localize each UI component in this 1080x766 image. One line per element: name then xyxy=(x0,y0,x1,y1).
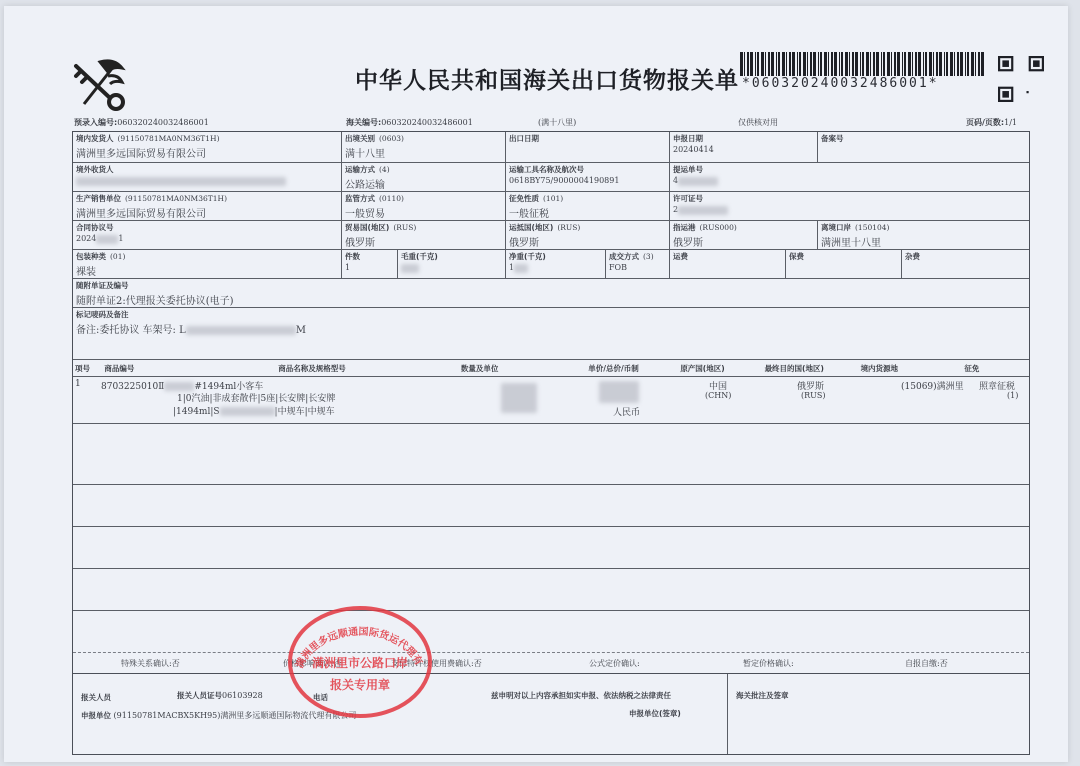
verify-note: 仅供核对用 xyxy=(738,117,778,128)
spec-line-3: |1494ml|S|中规车|中规车 xyxy=(173,404,335,417)
goods-column-header: 商品编号 xyxy=(102,363,163,374)
origin-code: (CHN) xyxy=(705,391,731,400)
goods-row-empty xyxy=(73,424,1029,485)
svg-text:报关专用章: 报关专用章 xyxy=(330,677,390,692)
goods-column-header: 项号 xyxy=(73,363,102,374)
freight-cell: 运费 xyxy=(670,250,786,278)
contract-cell: 合同协议号 20241 xyxy=(73,221,342,249)
package-cell: 包装种类(01) 裸装 xyxy=(73,250,342,278)
license-cell: 许可证号 2 xyxy=(670,192,1029,220)
tax-code: (1) xyxy=(1007,391,1018,400)
sign-label: 申报单位(签章) xyxy=(629,708,681,719)
customs-office: (满十八里) xyxy=(538,117,576,128)
redacted-price xyxy=(599,381,639,403)
declarant-label: 报关人员 xyxy=(81,692,111,703)
customs-approval-label: 海关批注及签章 xyxy=(736,690,789,701)
qr-code-icon xyxy=(998,56,1044,102)
port-cell: 指运港(RUS000) 俄罗斯 xyxy=(670,221,818,249)
form-row: 包装种类(01) 裸装 件数 1 毛重(千克) 净重(千克) 1 成交方式(3)… xyxy=(73,250,1029,279)
svg-text:满洲里市公路口岸: 满洲里市公路口岸 xyxy=(312,655,408,670)
exit-customs-cell: 出境关别(0603) 满十八里 xyxy=(342,132,506,162)
dest-country-cell: 运抵国(地区)(RUS) 俄罗斯 xyxy=(506,221,670,249)
barcode-icon xyxy=(740,52,985,76)
goods-column-header: 商品名称及规格型号 xyxy=(163,363,459,374)
form-row: 标记唛码及备注 备注:委托协议 车架号: LM xyxy=(73,308,1029,360)
goods-column-header: 境内货源地 xyxy=(859,363,963,374)
form-row: 境内发货人(91150781MA0NM36T1H) 满洲里多远国际贸易有限公司 … xyxy=(73,132,1029,163)
gross-weight-cell: 毛重(千克) xyxy=(398,250,506,278)
goods-table-header: 项号商品编号商品名称及规格型号数量及单位单价/总价/币制原产国(地区)最终目的国… xyxy=(73,360,1029,377)
customs-number: 海关编号:060320240032486001 xyxy=(346,117,473,128)
item-no: 1 xyxy=(75,379,81,389)
goods-column-header: 原产国(地区) xyxy=(678,363,762,374)
producer-cell: 生产销售单位(91150781MA0NM36T1H) 满洲里多远国际贸易有限公司 xyxy=(73,192,342,220)
confirmation-row: 特殊关系确认:否 价格影响确认:否 支付特许权使用费确认:否 公式定价确认: 暂… xyxy=(73,652,1029,674)
self-pay-confirm: 自报自缴:否 xyxy=(905,658,948,669)
consignee-cell: 境外收货人 xyxy=(73,163,342,191)
destination-code: (RUS) xyxy=(801,391,826,400)
transport-mode-cell: 运输方式(4) 公路运输 xyxy=(342,163,506,191)
misc-fee-cell: 杂费 xyxy=(902,250,1029,278)
declaration-form: 境内发货人(91150781MA0NM36T1H) 满洲里多远国际贸易有限公司 … xyxy=(72,131,1030,755)
form-row: 生产销售单位(91150781MA0NM36T1H) 满洲里多远国际贸易有限公司… xyxy=(73,192,1029,221)
provisional-price-confirm: 暂定价格确认: xyxy=(743,658,794,669)
insurance-cell: 保费 xyxy=(786,250,902,278)
form-row: 合同协议号 20241 贸易国(地区)(RUS) 俄罗斯 运抵国(地区)(RUS… xyxy=(73,221,1029,250)
pieces-cell: 件数 1 xyxy=(342,250,398,278)
net-weight-cell: 净重(千克) 1 xyxy=(506,250,606,278)
form-row: 境外收货人 运输方式(4) 公路运输 运输工具名称及航次号 0618BY75/9… xyxy=(73,163,1029,192)
supervision-cell: 监管方式(0110) 一般贸易 xyxy=(342,192,506,220)
footer-section: 报关人员 报关人员证号06103928 电话 申报单位 (91150781MAC… xyxy=(73,674,1029,754)
export-date-cell: 出口日期 xyxy=(506,132,670,162)
consignor-cell: 境内发货人(91150781MA0NM36T1H) 满洲里多远国际贸易有限公司 xyxy=(73,132,342,162)
marks-remarks-cell: 标记唛码及备注 备注:委托协议 车架号: LM xyxy=(73,308,1029,359)
redacted-consignee xyxy=(76,177,286,186)
special-relation-confirm: 特殊关系确认:否 xyxy=(121,658,180,669)
goods-column-header: 单价/总价/币制 xyxy=(586,363,678,374)
pre-entry-number: 预录入编号:060320240032486001 xyxy=(74,117,209,128)
record-no-cell: 备案号 xyxy=(818,132,1029,162)
vehicle-cell: 运输工具名称及航次号 0618BY75/9000004190891 xyxy=(506,163,670,191)
page-indicator: 页码/页数:1/1 xyxy=(966,117,1017,128)
goods-row-empty xyxy=(73,611,1029,652)
goods-row-empty xyxy=(73,527,1029,569)
tax-nature-cell: 征免性质(101) 一般征税 xyxy=(506,192,670,220)
goods-row: 1 8703225010Ⅱ#1494ml小客车 1|0汽油|非成套散件|5座|长… xyxy=(73,377,1029,424)
goods-row-empty xyxy=(73,485,1029,527)
declare-date-cell: 申报日期 20240414 xyxy=(670,132,818,162)
spec-line-2: 1|0汽油|非成套散件|5座|长安牌|长安牌 xyxy=(177,391,335,404)
bill-no-cell: 提运单号 4 xyxy=(670,163,1029,191)
source-place: (15069)满洲里 xyxy=(901,379,964,392)
document-title: 中华人民共和国海关出口货物报关单 xyxy=(355,62,739,95)
declarant-cert: 报关人员证号06103928 xyxy=(177,690,263,701)
formula-price-confirm: 公式定价确认: xyxy=(589,658,640,669)
customs-approval-block: 海关批注及签章 xyxy=(728,674,1029,754)
goods-column-header: 数量及单位 xyxy=(459,363,586,374)
goods-row-empty xyxy=(73,569,1029,611)
customs-emblem-icon xyxy=(70,58,130,112)
official-seal-stamp: 满洲里多远顺通国际货运代理有限公司 满洲里市公路口岸 报关专用章 xyxy=(286,603,434,721)
form-row: 随附单证及编号 随附单证2:代理报关委托协议(电子) xyxy=(73,279,1029,308)
goods-column-header: 征免 xyxy=(962,363,1029,374)
trade-country-cell: 贸易国(地区)(RUS) 俄罗斯 xyxy=(342,221,506,249)
barcode-number: *060320240032486001* xyxy=(742,76,939,91)
redacted-quantity xyxy=(501,383,537,413)
attached-docs-cell: 随附单证及编号 随附单证2:代理报关委托协议(电子) xyxy=(73,279,1029,307)
currency: 人民币 xyxy=(613,405,640,418)
statement-block: 兹申明对以上内容承担如实申报、依法纳税之法律责任 申报单位(签章) xyxy=(485,674,728,754)
goods-column-header: 最终目的国(地区) xyxy=(763,363,859,374)
legal-statement: 兹申明对以上内容承担如实申报、依法纳税之法律责任 xyxy=(491,690,671,701)
deal-mode-cell: 成交方式(3) FOB xyxy=(606,250,670,278)
exit-port-cell: 离境口岸(150104) 满洲里十八里 xyxy=(818,221,1029,249)
